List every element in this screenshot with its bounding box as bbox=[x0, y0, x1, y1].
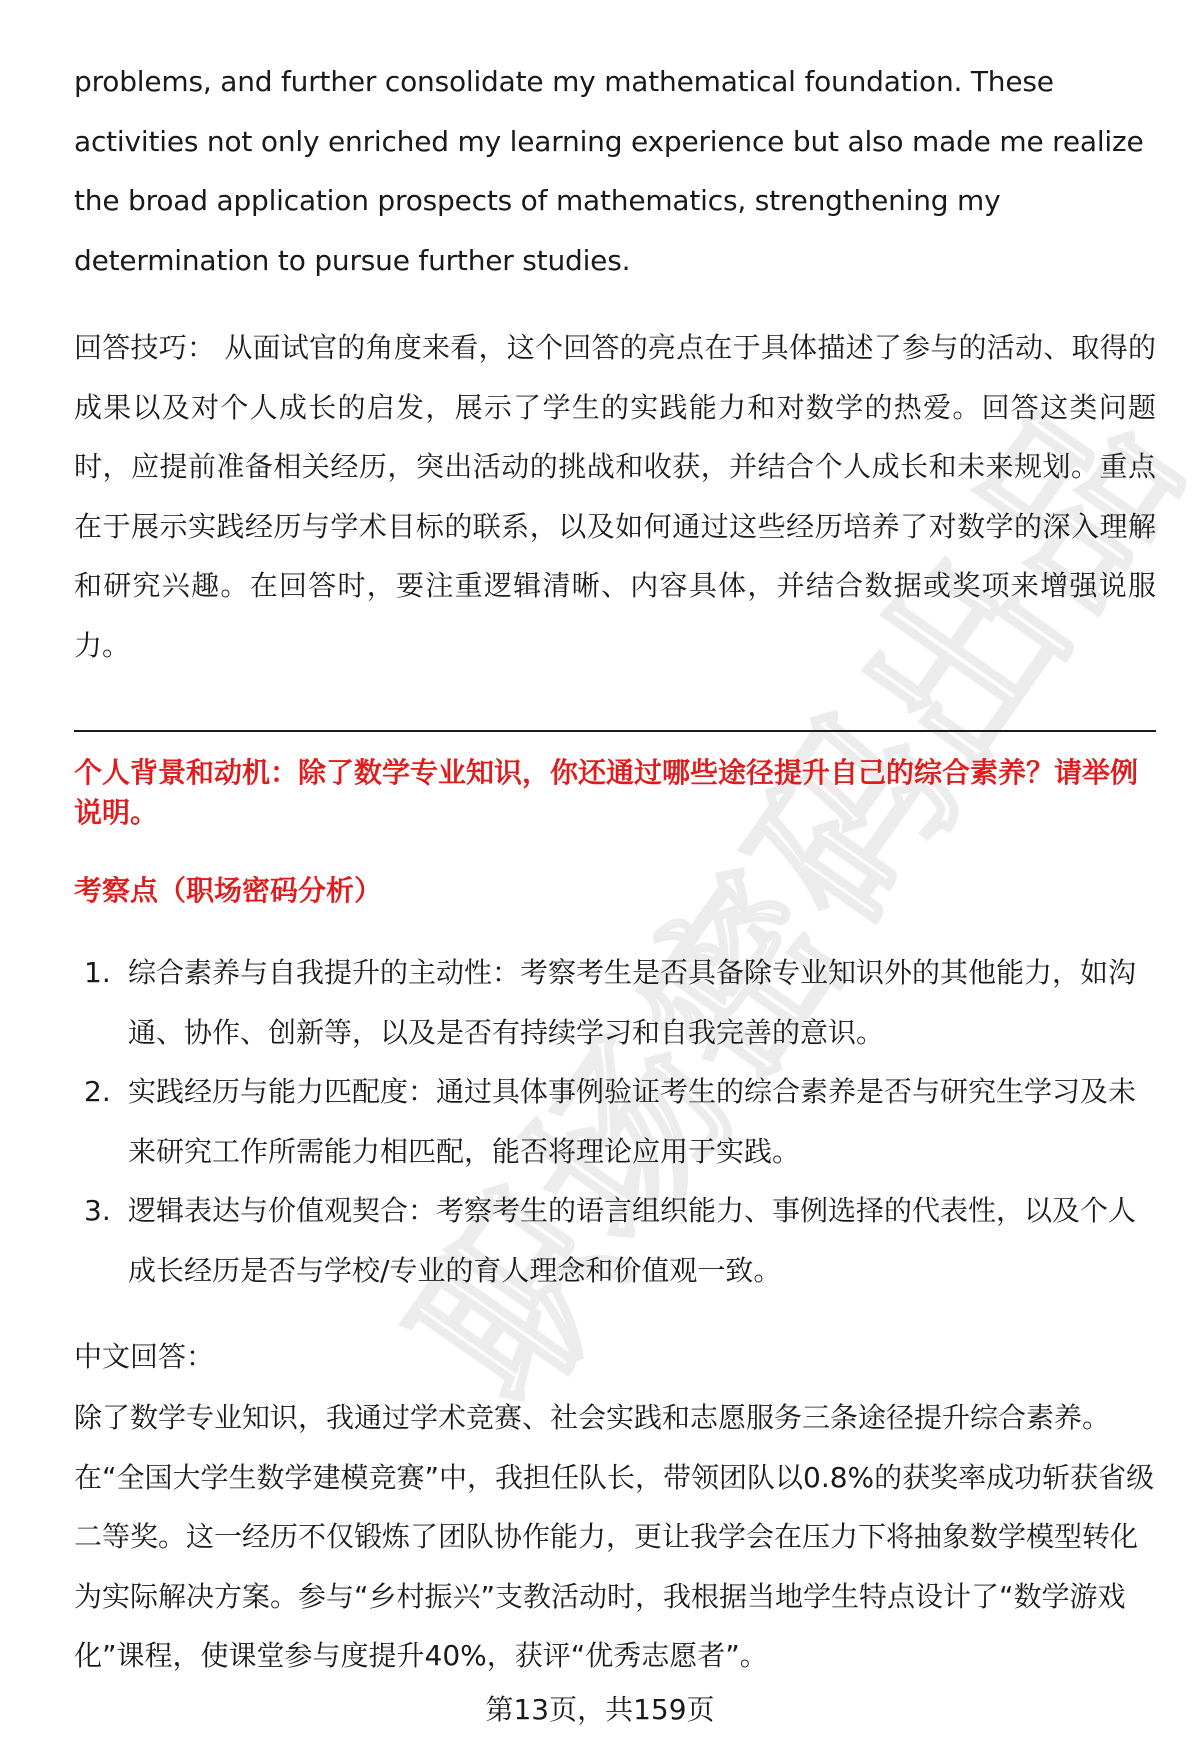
point-number: 1. bbox=[84, 943, 111, 1003]
answer-tips-paragraph: 回答技巧： 从面试官的角度来看，这个回答的亮点在于具体描述了参与的活动、取得的成… bbox=[74, 318, 1156, 675]
point-text: 综合素养与自我提升的主动性：考察考生是否具备除专业知识外的其他能力，如沟通、协作… bbox=[128, 956, 1136, 1049]
question-heading: 个人背景和动机：除了数学专业知识，你还通过哪些途径提升自己的综合素养？请举例说明… bbox=[74, 753, 1156, 833]
analysis-point: 3. 逻辑表达与价值观契合：考察考生的语言组织能力、事例选择的代表性，以及个人成… bbox=[74, 1181, 1156, 1300]
english-answer-paragraph: problems, and further consolidate my mat… bbox=[74, 52, 1156, 290]
point-number: 2. bbox=[84, 1062, 111, 1122]
chinese-answer-paragraph: 除了数学专业知识，我通过学术竞赛、社会实践和志愿服务三条途径提升综合素养。在“全… bbox=[74, 1388, 1156, 1686]
analysis-point: 1. 综合素养与自我提升的主动性：考察考生是否具备除专业知识外的其他能力，如沟通… bbox=[74, 943, 1156, 1062]
section-divider bbox=[74, 730, 1156, 732]
page-indicator: 第13页，共159页 bbox=[0, 1690, 1200, 1730]
point-number: 3. bbox=[84, 1181, 111, 1241]
analysis-heading: 考察点（职场密码分析） bbox=[74, 871, 382, 911]
analysis-points-list: 1. 综合素养与自我提升的主动性：考察考生是否具备除专业知识外的其他能力，如沟通… bbox=[74, 943, 1156, 1300]
point-text: 实践经历与能力匹配度：通过具体事例验证考生的综合素养是否与研究生学习及未来研究工… bbox=[128, 1075, 1136, 1168]
analysis-point: 2. 实践经历与能力匹配度：通过具体事例验证考生的综合素养是否与研究生学习及未来… bbox=[74, 1062, 1156, 1181]
chinese-answer-label: 中文回答： bbox=[74, 1337, 214, 1377]
point-text: 逻辑表达与价值观契合：考察考生的语言组织能力、事例选择的代表性，以及个人成长经历… bbox=[128, 1194, 1136, 1287]
